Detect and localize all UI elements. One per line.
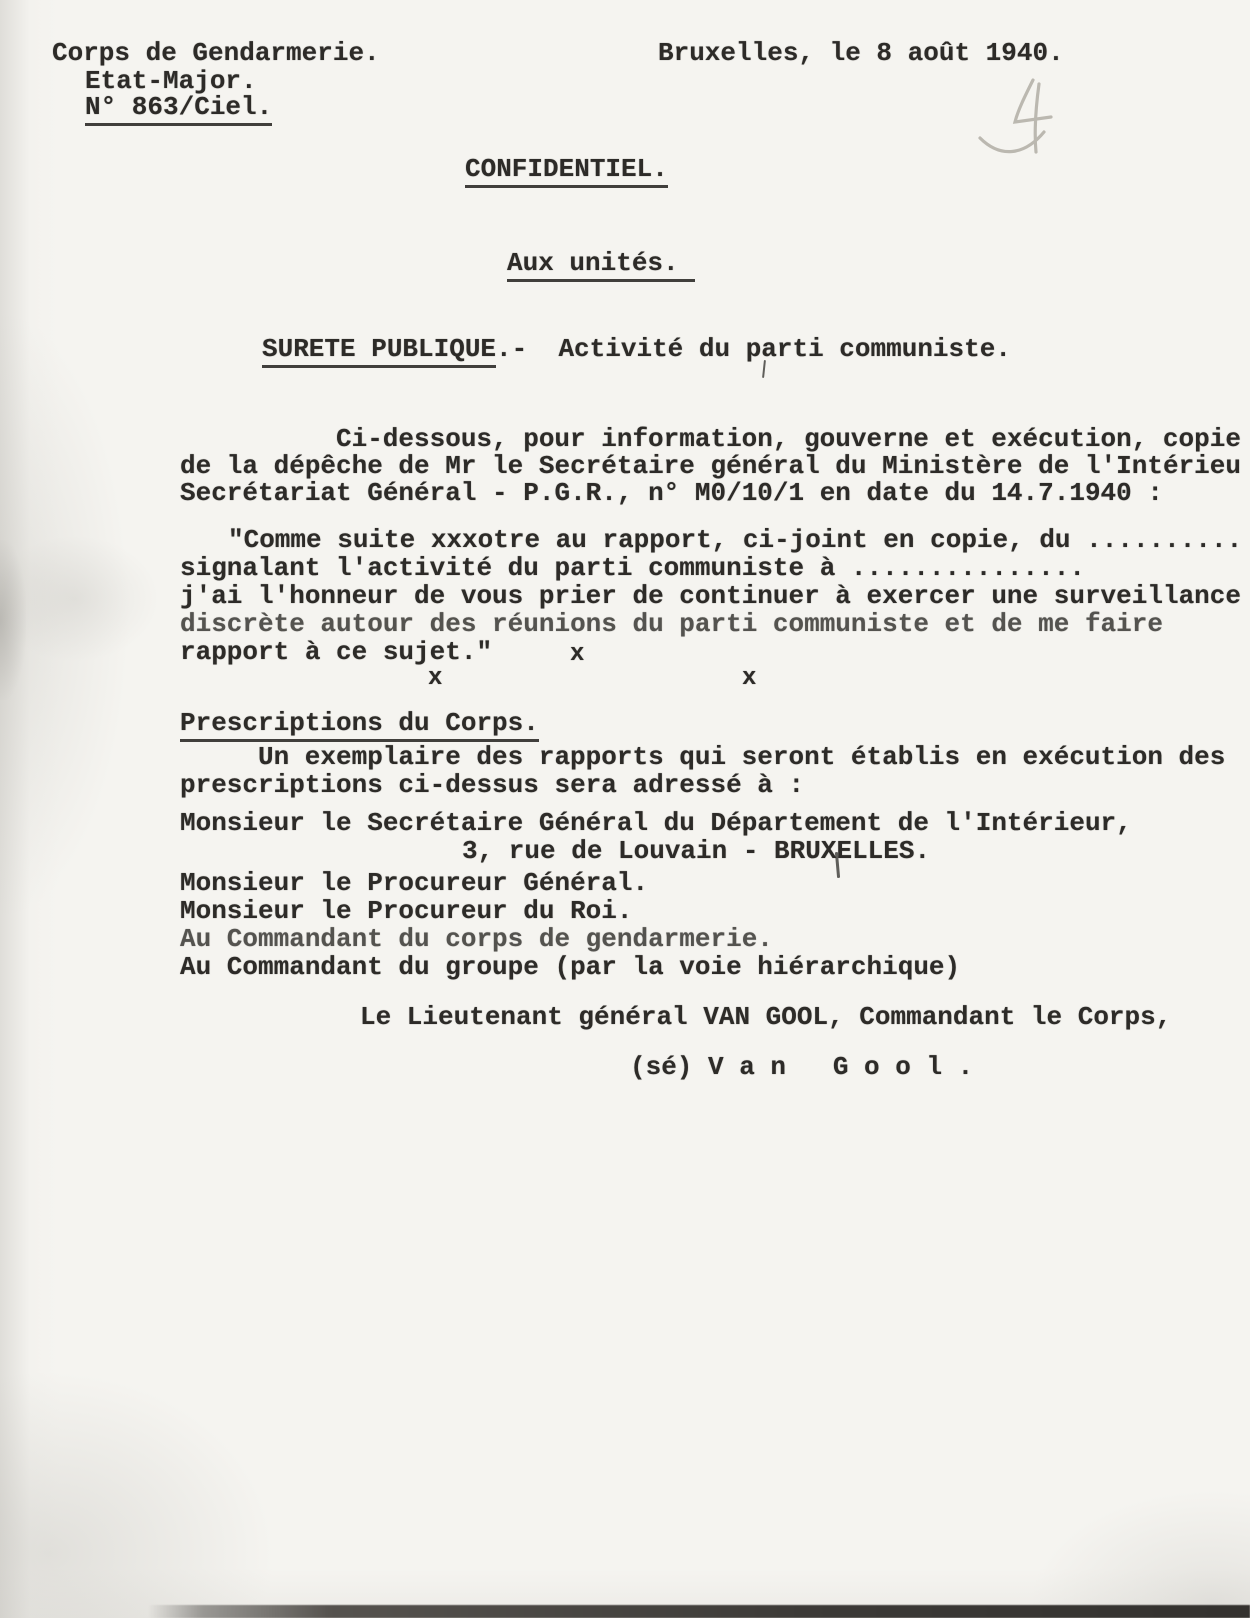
quote-line-5: rapport à ce sujet." — [180, 637, 492, 667]
quote-line-3: j'ai l'honneur de vous prier de continue… — [180, 581, 1241, 611]
prescriptions-heading: Prescriptions du Corps. — [180, 708, 539, 742]
prescriptions-line-2: prescriptions ci-dessus sera adressé à : — [180, 770, 804, 800]
handwritten-pencil-mark — [970, 72, 1095, 172]
quote-line-2: signalant l'activité du parti communiste… — [180, 553, 1085, 583]
scan-artifact-bar — [148, 1605, 1250, 1618]
signature-signed: (sé) V a n G o o l . — [630, 1052, 973, 1082]
separator-x-left: x — [428, 664, 442, 694]
recipient-line: Au Commandant du corps de gendarmerie. — [180, 924, 773, 954]
dateline: Bruxelles, le 8 août 1940. — [658, 38, 1064, 68]
quote-line-4: discrète autour des réunions du parti co… — [180, 609, 1163, 639]
recipient-line: Au Commandant du groupe (par la voie hié… — [180, 952, 960, 982]
prescriptions-line-1: Un exemplaire des rapports qui seront ét… — [258, 742, 1225, 772]
intro-line-3: Secrétariat Général - P.G.R., n° M0/10/1… — [180, 478, 1163, 508]
signature-line: Le Lieutenant général VAN GOOL, Commanda… — [360, 1002, 1171, 1032]
sender-line-3: N° 863/Ciel. — [85, 92, 272, 126]
intro-line-2: de la dépêche de Mr le Secrétaire généra… — [180, 451, 1241, 481]
subject-heading: SURETE PUBLIQUE — [262, 334, 496, 368]
recipient-line: Monsieur le Secrétaire Général du Départ… — [180, 808, 1132, 838]
separator-x-top: x — [570, 640, 584, 670]
recipient-line: Monsieur le Procureur du Roi. — [180, 896, 632, 926]
recipient-line: 3, rue de Louvain - BRUXELLES. — [462, 836, 930, 866]
separator-x-right: x — [742, 664, 756, 694]
scanned-document: Corps de Gendarmerie. Etat-Major. N° 863… — [0, 0, 1250, 1618]
subject-text: .- Activité du parti communiste. — [496, 334, 1011, 364]
quote-line-1: "Comme suite xxxotre au rapport, ci-join… — [228, 525, 1242, 555]
stray-ink-tick — [762, 360, 766, 378]
subject-line: SURETE PUBLIQUE.- Activité du parti comm… — [262, 334, 1011, 364]
addressee-heading: Aux unités. — [507, 248, 695, 282]
recipient-line: Monsieur le Procureur Général. — [180, 868, 648, 898]
classification-heading: CONFIDENTIEL. — [465, 154, 668, 188]
scan-edge-shading — [0, 540, 26, 700]
intro-line-1: Ci-dessous, pour information, gouverne e… — [336, 424, 1241, 454]
sender-line-1: Corps de Gendarmerie. — [52, 38, 380, 68]
